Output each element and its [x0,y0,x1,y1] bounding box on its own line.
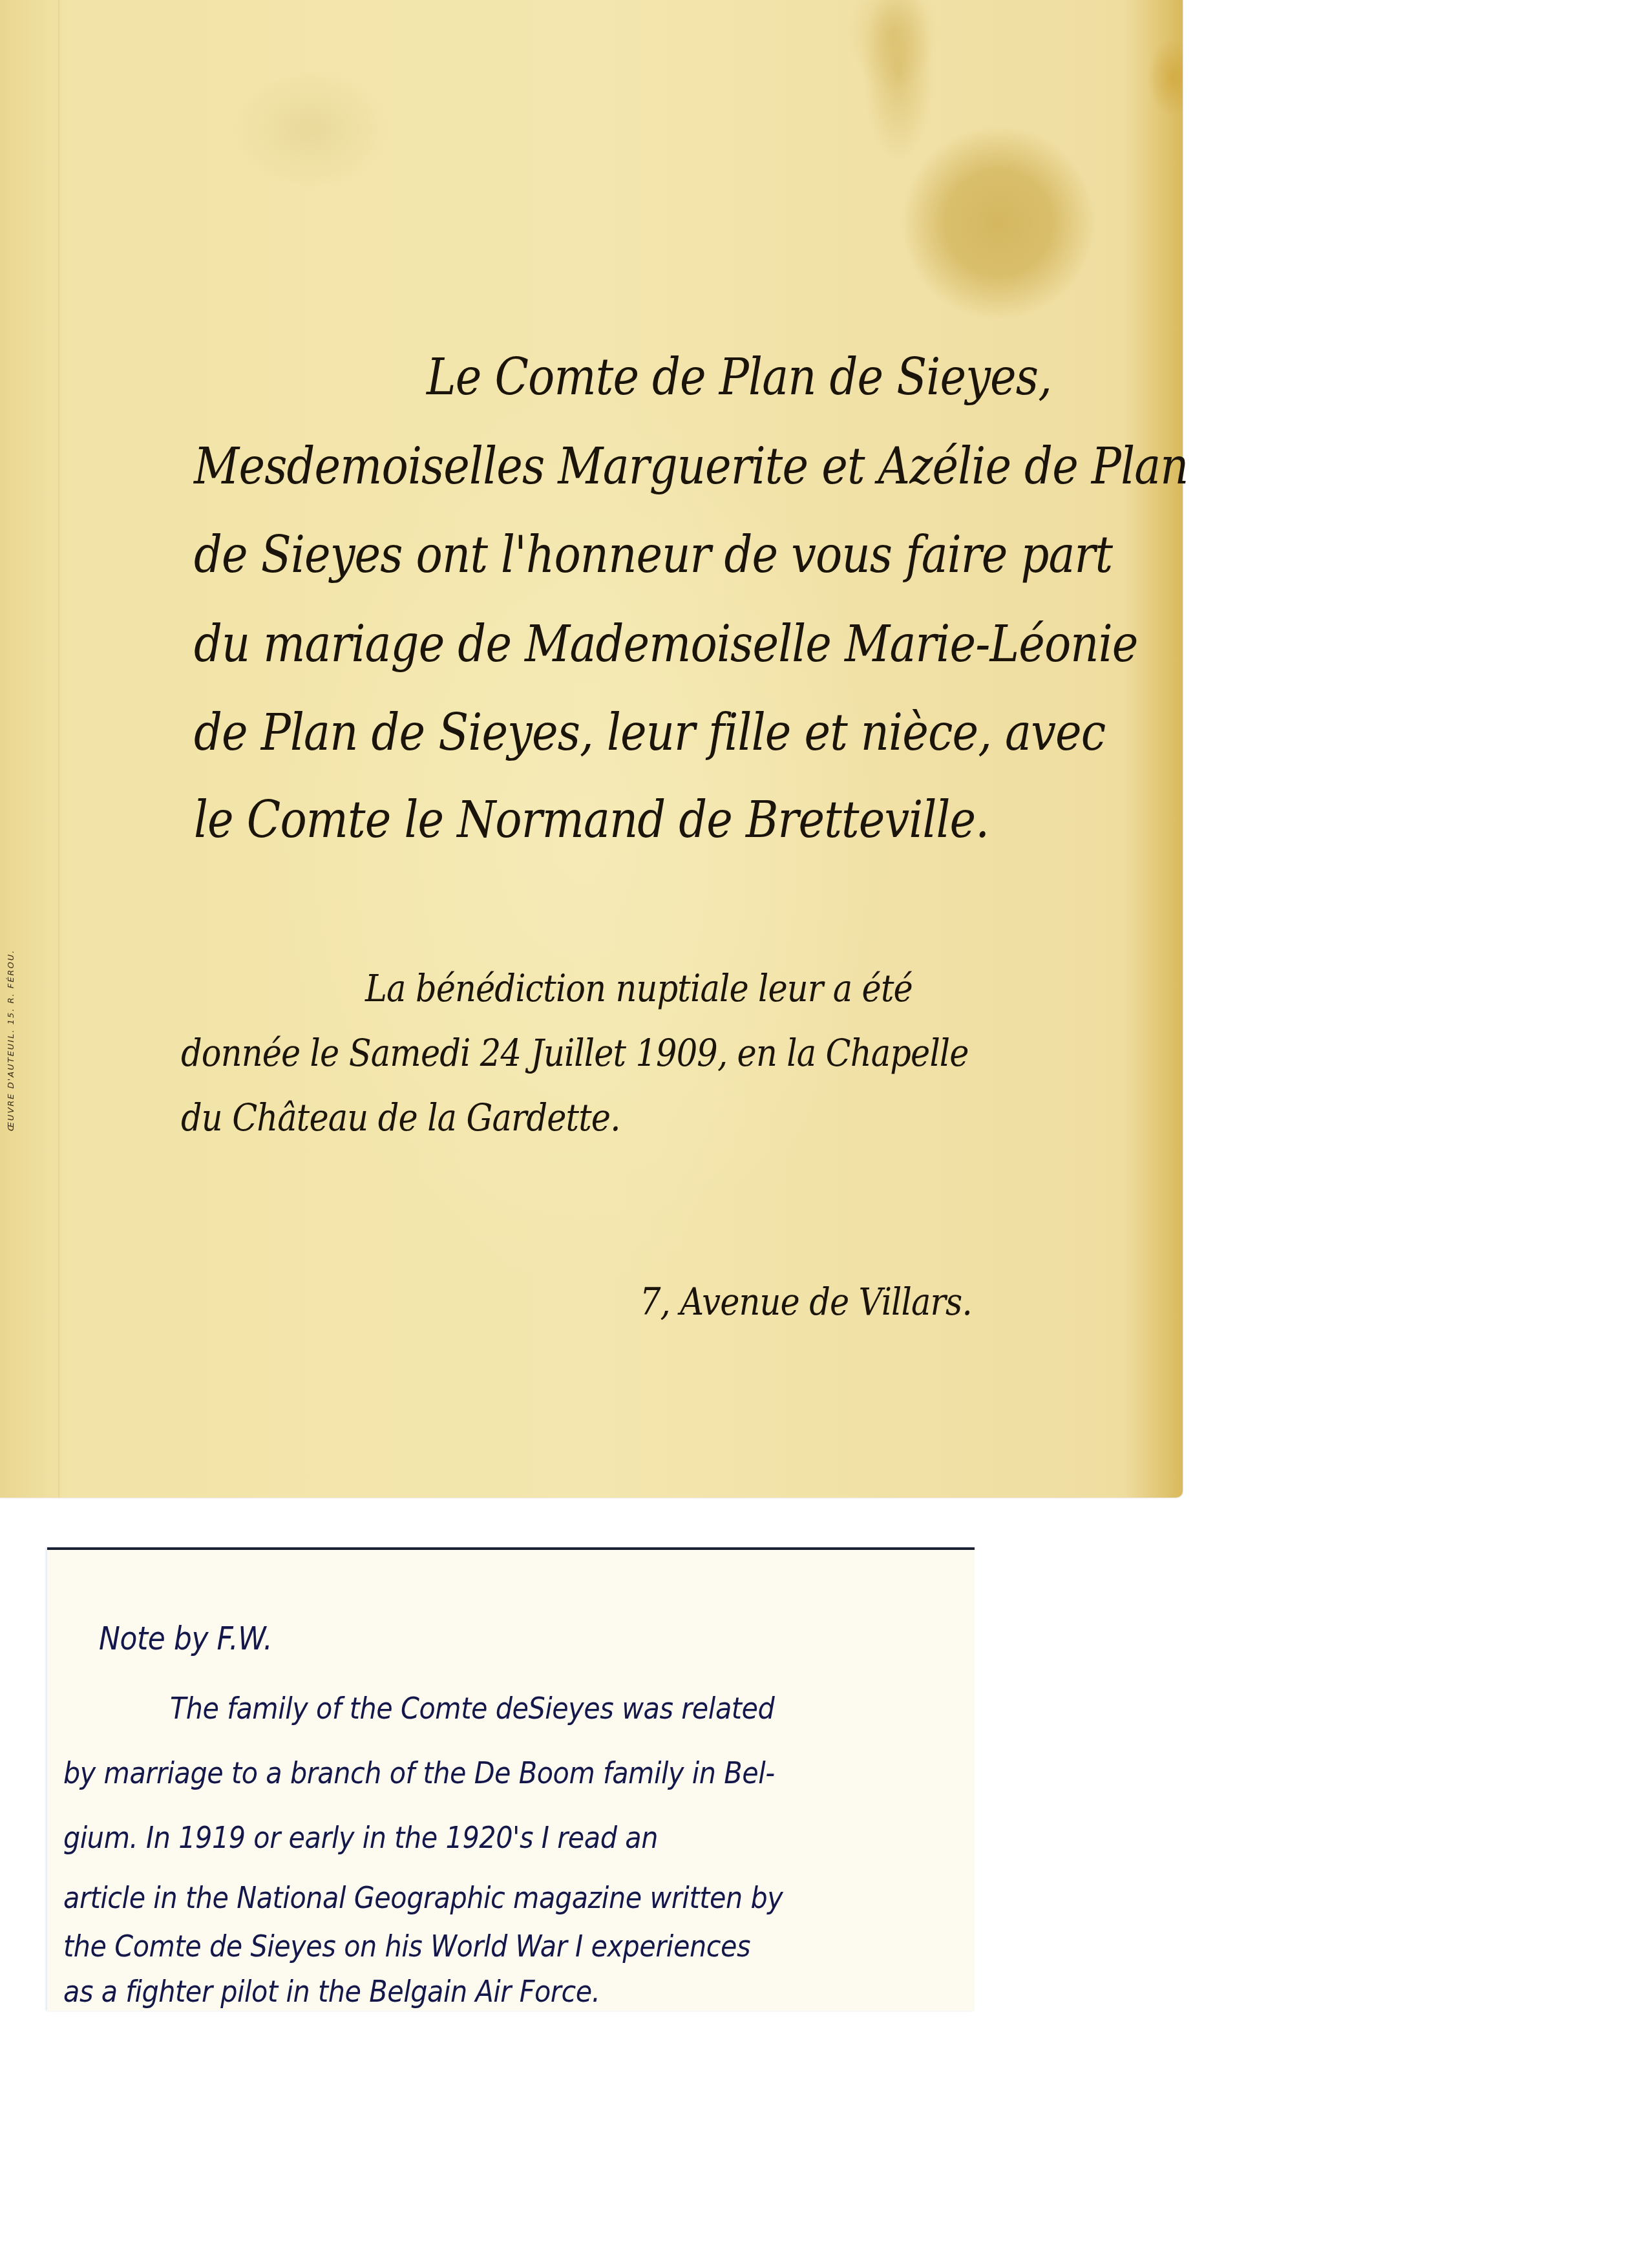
note-line-4: article in the National Geographic magaz… [63,1883,783,1913]
note-line-3: gium. In 1919 or early in the 1920's I r… [63,1823,658,1853]
announcement-line-3: de Sieyes ont l'honneur de vous faire pa… [194,530,1112,580]
note-heading: Note by F.W. [99,1622,272,1655]
note-line-2: by marriage to a branch of the De Boom f… [63,1758,775,1788]
note-line-1: The family of the Comte deSieyes was rel… [170,1693,774,1724]
benediction-line-2: donnée le Samedi 24 Juillet 1909, en la … [181,1034,969,1072]
benediction-line-3: du Château de la Gardette. [181,1099,620,1136]
wedding-invitation-sheet: Le Comte de Plan de Sieyes, Mesdemoisell… [0,0,1183,1498]
announcement-line-6: le Comte le Normand de Bretteville. [194,795,989,845]
note-line-5: the Comte de Sieyes on his World War I e… [63,1931,750,1962]
announcement-line-5: de Plan de Sieyes, leur fille et nièce, … [194,708,1105,758]
announcement-line-1: Le Comte de Plan de Sieyes, [427,352,1051,403]
announcement-line-2: Mesdemoiselles Marguerite et Azélie de P… [194,441,1188,492]
benediction-line-1: La bénédiction nuptiale leur a été [365,970,913,1007]
address-line: 7, Avenue de Villars. [640,1283,972,1320]
printer-mark: ŒUVRE D'AUTEUIL. 15. R. FÉROU. [6,949,16,1131]
handwritten-note-card: Note by F.W. The family of the Comte deS… [47,1547,975,2011]
announcement-line-4: du mariage de Mademoiselle Marie-Léonie [194,619,1138,670]
note-line-6: as a fighter pilot in the Belgain Air Fo… [63,1977,600,2007]
